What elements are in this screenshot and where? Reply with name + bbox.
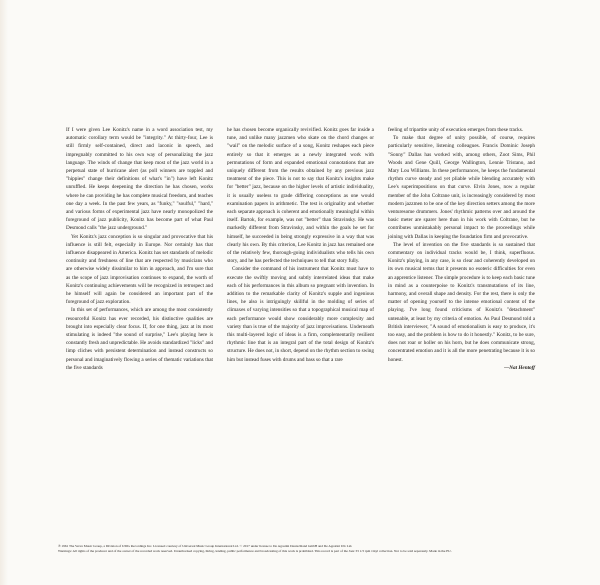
liner-notes-body: If I were given Lee Konitz's name in a w…: [66, 126, 536, 372]
paragraph: Consider the command of his instrument t…: [227, 265, 374, 363]
paragraph: In this set of performances, which are a…: [66, 306, 213, 372]
paragraph: If I were given Lee Konitz's name in a w…: [66, 126, 213, 233]
paragraph: The level of invention on the five stand…: [388, 241, 535, 364]
column-left: If I were given Lee Konitz's name in a w…: [66, 126, 213, 372]
copyright-footer: ℗ 1961 The Verve Music Group, a Division…: [58, 544, 548, 554]
paragraph: To make that degree of unity possible, o…: [388, 134, 535, 241]
paper-edge-shadow: [0, 0, 8, 585]
column-middle: he has chosen become organically revivif…: [227, 126, 374, 372]
paragraph: he has chosen become organically revivif…: [227, 126, 374, 265]
author-signature: —Nat Hentoff: [388, 364, 535, 372]
paragraph: feeling of tripartite unity of execution…: [388, 126, 535, 134]
column-right: feeling of tripartite unity of execution…: [388, 126, 535, 372]
warning-line: Warnings: All rights of the producer and…: [58, 549, 548, 554]
paragraph: Yet Konitz's jazz conception is so singu…: [66, 233, 213, 307]
